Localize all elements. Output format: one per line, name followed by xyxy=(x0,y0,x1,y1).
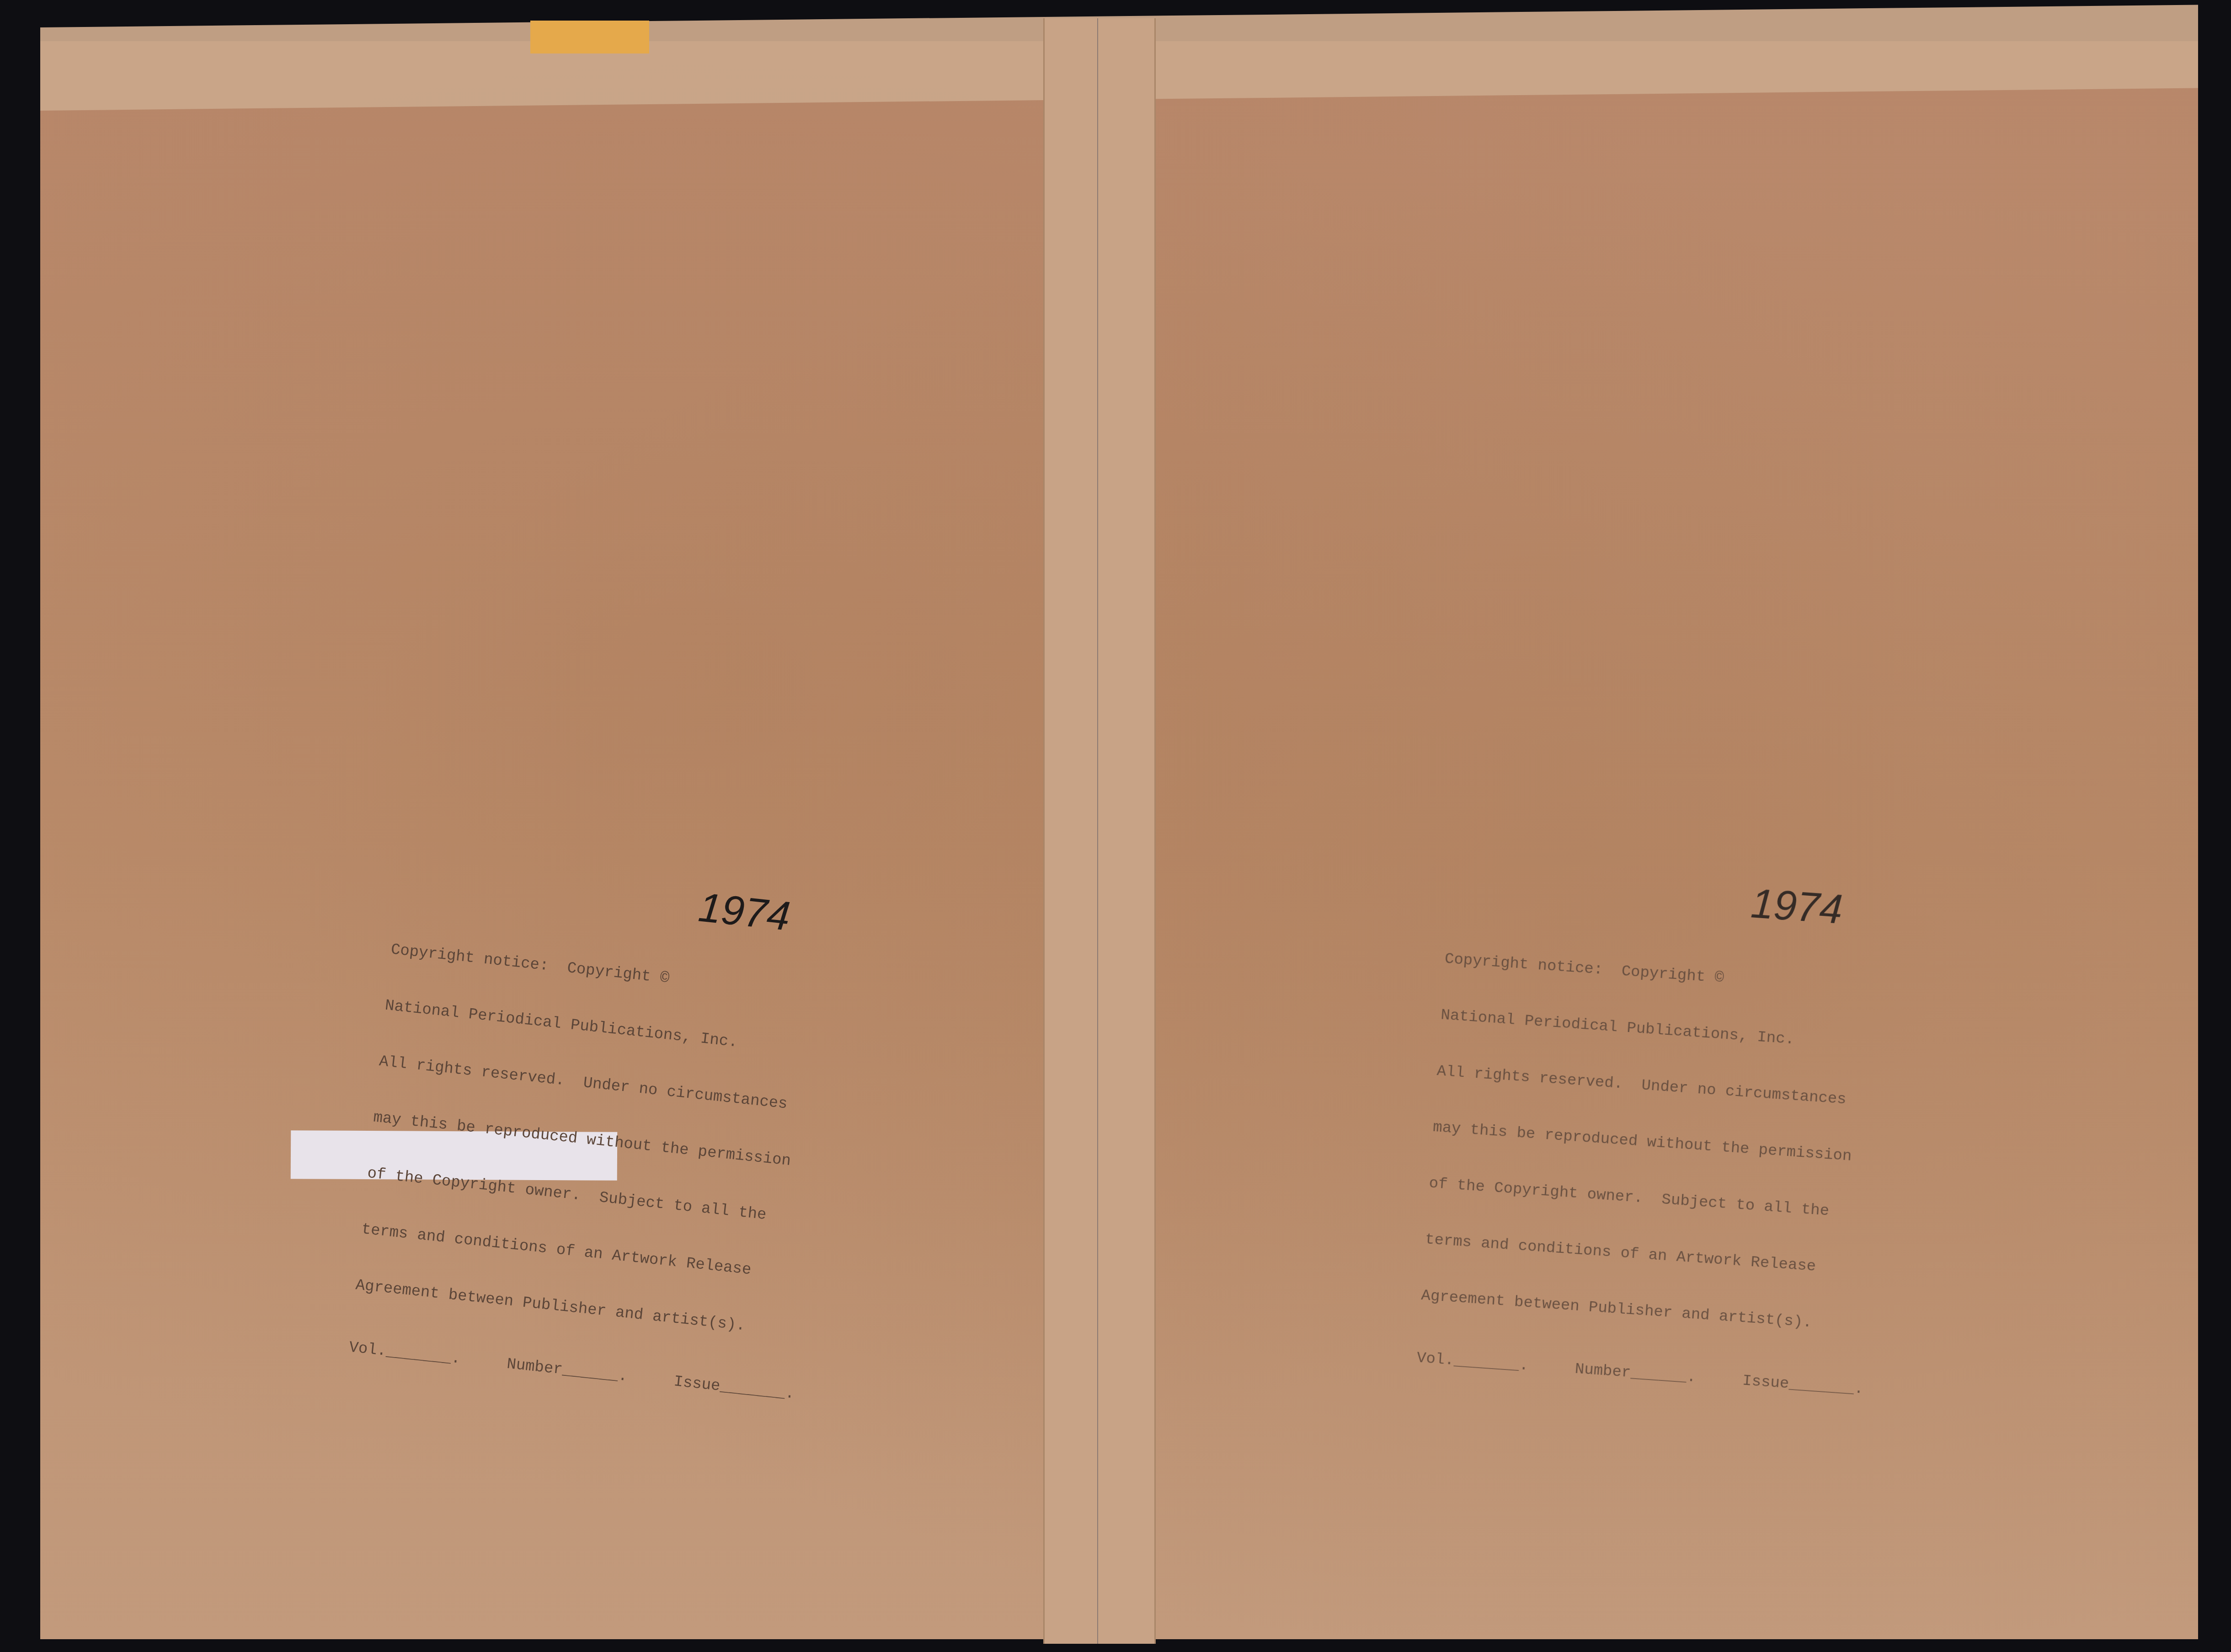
stamp-line: of the Copyright owner. Subject to all t… xyxy=(1428,1175,1876,1224)
stamp-line: All rights reserved. Under no circumstan… xyxy=(378,1053,825,1118)
stamp-line: National Periodical Publications, Inc. xyxy=(1440,1006,1888,1056)
stamp-line: may this be reproduced without the permi… xyxy=(372,1108,819,1174)
stamp-line: All rights reserved. Under no circumstan… xyxy=(1436,1062,1884,1112)
stamp-line: of the Copyright owner. Subject to all t… xyxy=(366,1165,813,1230)
stamp-line: may this be reproduced without the permi… xyxy=(1432,1118,1880,1168)
stamp-line: terms and conditions of an Artwork Relea… xyxy=(1425,1230,1873,1280)
stamp-line: terms and conditions of an Artwork Relea… xyxy=(361,1220,808,1286)
stamp-line: Agreement between Publisher and artist(s… xyxy=(355,1276,802,1342)
copyright-stamp-left: 1974 Copyright notice: Copyright © Natio… xyxy=(346,885,843,1422)
stamp-line: Copyright notice: Copyright © xyxy=(390,941,837,1006)
handwritten-year: 1974 xyxy=(1751,894,1843,920)
stamp-line: National Periodical Publications, Inc. xyxy=(384,997,831,1062)
yellow-tape xyxy=(530,21,649,53)
copyright-stamp-right: 1974 Copyright notice: Copyright © Natio… xyxy=(1415,894,1896,1418)
stamp-line: Copyright notice: Copyright © xyxy=(1444,950,1892,1000)
center-spine-tape xyxy=(1043,18,1156,1644)
stamp-line: Agreement between Publisher and artist(s… xyxy=(1420,1287,1868,1337)
handwritten-year: 1974 xyxy=(698,898,790,926)
center-fold-line xyxy=(1097,18,1098,1644)
